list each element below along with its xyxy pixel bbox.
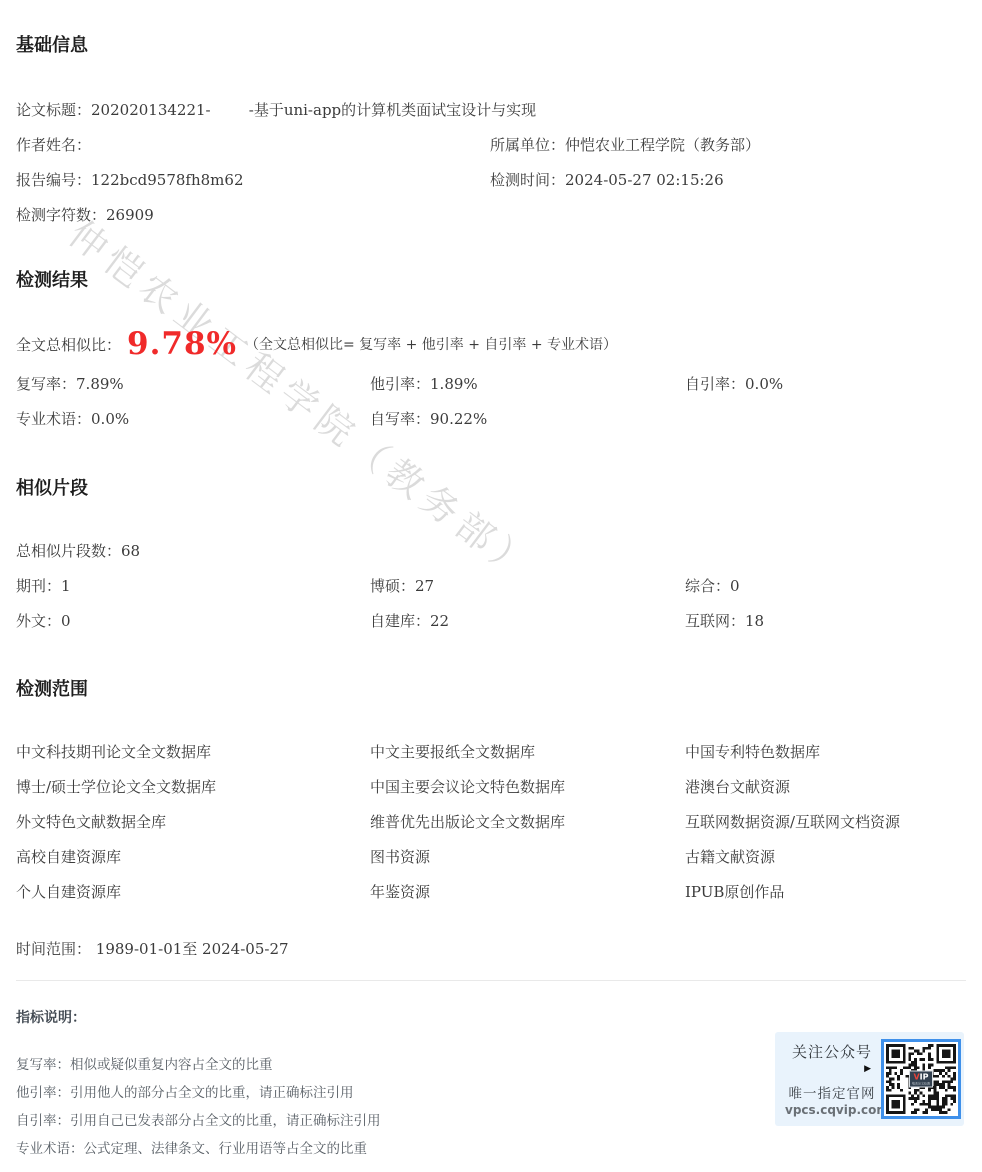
vip-logo: VIP 维普论文检测 (909, 1071, 933, 1088)
self-write-cell: 自写率：90.22% (370, 408, 685, 429)
fragments-total-label: 总相似片段数： (16, 540, 121, 561)
report-no-time-row: 报告编号：122bcd9578fh8m62 检测时间：2024-05-27 02… (16, 162, 966, 197)
foreign-value: 0 (61, 612, 71, 630)
scope-grid: 中文科技期刊论文全文数据库 中文主要报纸全文数据库 中国专利特色数据库 博士/硕… (16, 734, 966, 909)
self-write-value: 90.22% (430, 410, 487, 428)
self-cite-value: 0.0% (745, 375, 783, 393)
fragments-total-value: 68 (121, 542, 140, 560)
scope-db: 博士/硕士学位论文全文数据库 (16, 776, 370, 797)
copy-rate-cell: 复写率：7.89% (16, 373, 370, 394)
other-cite-label: 他引率： (370, 375, 430, 393)
internet-cell: 互联网：18 (685, 610, 966, 631)
official-site-label: 唯一指定官网 (785, 1082, 879, 1102)
foreign-cell: 外文：0 (16, 610, 370, 631)
copy-rate-value: 7.89% (76, 375, 124, 393)
section-title-scope: 检测范围 (16, 675, 966, 701)
check-time-value: 2024-05-27 02:15:26 (565, 171, 724, 189)
journal-value: 1 (61, 577, 71, 595)
scope-row: 高校自建资源库 图书资源 古籍文献资源 (16, 839, 966, 874)
scope-db: 古籍文献资源 (685, 846, 966, 867)
section-title-result: 检测结果 (16, 266, 966, 292)
internet-label: 互联网： (685, 612, 745, 630)
thesis-cell: 博硕：27 (370, 575, 685, 596)
total-similarity-row: 全文总相似比： 9.78% （全文总相似比= 复写率 + 他引率 + 自引率 +… (16, 322, 966, 366)
scope-db: 个人自建资源库 (16, 881, 370, 902)
self-cite-label: 自引率： (685, 375, 745, 393)
qr-panel: 关注公众号 ▶ 唯一指定官网 vpcs.cqvip.com VIP 维普论文检测 (775, 1032, 964, 1126)
scope-db: 年鉴资源 (370, 881, 685, 902)
paper-title-value: 202020134221- -基于uni-app的计算机类面试宝设计与实现 (91, 99, 536, 120)
section-divider (16, 980, 966, 981)
paper-title-label: 论文标题： (16, 99, 91, 120)
org-value: 仲恺农业工程学院（教务部） (565, 136, 760, 154)
terminology-cell: 专业术语：0.0% (16, 408, 370, 429)
paper-title-row: 论文标题：202020134221- -基于uni-app的计算机类面试宝设计与… (16, 92, 966, 127)
author-cell: 作者姓名： (16, 134, 490, 155)
self-write-label: 自写率： (370, 410, 430, 428)
scope-row: 个人自建资源库 年鉴资源 IPUB原创作品 (16, 874, 966, 909)
similarity-formula: （全文总相似比= 复写率 + 他引率 + 自引率 + 专业术语） (245, 334, 617, 354)
scope-db: 中国专利特色数据库 (685, 741, 966, 762)
comprehensive-cell: 综合：0 (685, 575, 966, 596)
section-title-basic-info: 基础信息 (16, 0, 966, 57)
time-range-value: 1989-01-01至 2024-05-27 (91, 938, 289, 959)
time-range-label: 时间范围： (16, 938, 91, 959)
fragments-row-2: 外文：0 自建库：22 互联网：18 (16, 603, 966, 638)
self-db-value: 22 (430, 612, 449, 630)
char-count-row: 检测字符数：26909 (16, 197, 966, 232)
author-org-row: 作者姓名： 所属单位：仲恺农业工程学院（教务部） (16, 127, 966, 162)
scope-db: IPUB原创作品 (685, 881, 966, 902)
char-count-value: 26909 (106, 206, 154, 224)
self-db-cell: 自建库：22 (370, 610, 685, 631)
comprehensive-label: 综合： (685, 577, 730, 595)
scope-db: 互联网数据资源/互联网文档资源 (685, 811, 966, 832)
journal-cell: 期刊：1 (16, 575, 370, 596)
scope-db: 中国主要会议论文特色数据库 (370, 776, 685, 797)
copy-rate-label: 复写率： (16, 375, 76, 393)
time-range-row: 时间范围： 1989-01-01至 2024-05-27 (16, 931, 966, 966)
scope-row: 外文特色文献数据全库 维普优先出版论文全文数据库 互联网数据资源/互联网文档资源 (16, 804, 966, 839)
note-terminology: 专业术语：公式定理、法律条文、行业用语等占全文的比重 (16, 1133, 966, 1161)
official-site-url: vpcs.cqvip.com (785, 1103, 879, 1117)
terminology-value: 0.0% (91, 410, 129, 428)
vip-logo-text: VIP (913, 1073, 928, 1081)
qr-code: VIP 维普论文检测 (881, 1039, 961, 1119)
scope-db: 图书资源 (370, 846, 685, 867)
thesis-value: 27 (415, 577, 434, 595)
internet-value: 18 (745, 612, 764, 630)
check-time-cell: 检测时间：2024-05-27 02:15:26 (490, 169, 966, 190)
other-cite-value: 1.89% (430, 375, 478, 393)
scope-db: 港澳台文献资源 (685, 776, 966, 797)
fragments-row-1: 期刊：1 博硕：27 综合：0 (16, 568, 966, 603)
play-arrow-icon: ▶ (785, 1064, 879, 1074)
foreign-label: 外文： (16, 612, 61, 630)
org-label: 所属单位： (490, 136, 565, 154)
self-cite-cell: 自引率：0.0% (685, 373, 966, 394)
scope-db: 中文科技期刊论文全文数据库 (16, 741, 370, 762)
vip-logo-subtext: 维普论文检测 (912, 1081, 930, 1085)
scope-db: 维普优先出版论文全文数据库 (370, 811, 685, 832)
report-no-cell: 报告编号：122bcd9578fh8m62 (16, 169, 490, 190)
total-similarity-value: 9.78% (127, 326, 237, 362)
terminology-label: 专业术语： (16, 410, 91, 428)
result-metrics-row-1: 复写率：7.89% 他引率：1.89% 自引率：0.0% (16, 366, 966, 401)
qr-texts: 关注公众号 ▶ 唯一指定官网 vpcs.cqvip.com (775, 1041, 879, 1117)
check-time-label: 检测时间： (490, 171, 565, 189)
author-label: 作者姓名： (16, 136, 91, 154)
scope-row: 中文科技期刊论文全文数据库 中文主要报纸全文数据库 中国专利特色数据库 (16, 734, 966, 769)
scope-row: 博士/硕士学位论文全文数据库 中国主要会议论文特色数据库 港澳台文献资源 (16, 769, 966, 804)
notes-title: 指标说明： (16, 1007, 966, 1027)
org-cell: 所属单位：仲恺农业工程学院（教务部） (490, 134, 966, 155)
follow-official-account-label: 关注公众号 (785, 1041, 879, 1062)
fragments-total-row: 总相似片段数：68 (16, 533, 966, 568)
journal-label: 期刊： (16, 577, 61, 595)
scope-db: 中文主要报纸全文数据库 (370, 741, 685, 762)
report-no-value: 122bcd9578fh8m62 (91, 171, 243, 189)
char-count-label: 检测字符数： (16, 204, 106, 225)
other-cite-cell: 他引率：1.89% (370, 373, 685, 394)
scope-db: 外文特色文献数据全库 (16, 811, 370, 832)
report-page: 仲恺农业工程学院（教务部） 基础信息 论文标题：202020134221- -基… (0, 0, 982, 1172)
scope-db: 高校自建资源库 (16, 846, 370, 867)
comprehensive-value: 0 (730, 577, 740, 595)
self-db-label: 自建库： (370, 612, 430, 630)
result-metrics-row-2: 专业术语：0.0% 自写率：90.22% (16, 401, 966, 436)
total-similarity-label: 全文总相似比： (16, 334, 121, 355)
report-content: 基础信息 论文标题：202020134221- -基于uni-app的计算机类面… (0, 0, 982, 1161)
report-no-label: 报告编号： (16, 171, 91, 189)
thesis-label: 博硕： (370, 577, 415, 595)
section-title-fragments: 相似片段 (16, 474, 966, 500)
basic-info-rows: 论文标题：202020134221- -基于uni-app的计算机类面试宝设计与… (16, 92, 966, 232)
